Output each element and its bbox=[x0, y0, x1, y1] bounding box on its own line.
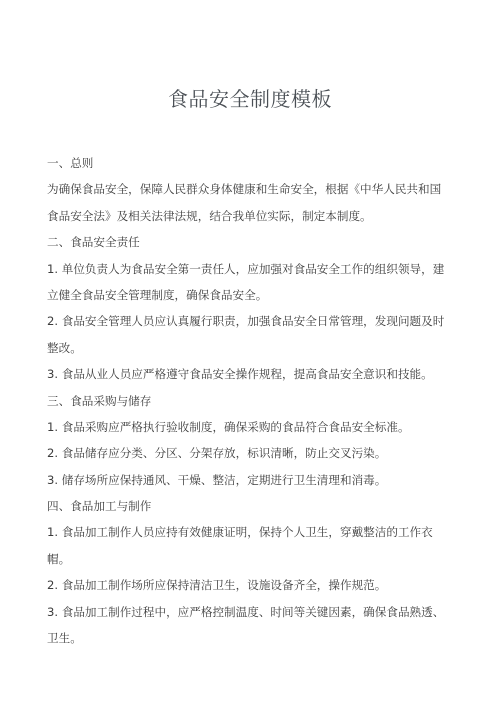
section-heading-procurement-storage: 三、食品采购与储存 bbox=[47, 388, 455, 414]
document-title: 食品安全制度模板 bbox=[0, 84, 500, 114]
paragraph-line: 食品安全法》及相关法律法规，结合我单位实际，制定本制度。 bbox=[47, 203, 455, 229]
paragraph-line: 1. 食品采购应严格执行验收制度，确保采购的食品符合食品安全标准。 bbox=[47, 414, 455, 440]
document-body: 一、总则 为确保食品安全，保障人民群众身体健康和生命安全，根据《中华人民共和国 … bbox=[47, 150, 455, 651]
paragraph-line: 3. 储存场所应保持通风、干燥、整洁，定期进行卫生清理和消毒。 bbox=[47, 467, 455, 493]
paragraph-line: 3. 食品加工制作过程中，应严格控制温度、时间等关键因素，确保食品熟透、 bbox=[47, 599, 455, 625]
paragraph-line: 1. 食品加工制作人员应持有效健康证明，保持个人卫生，穿戴整洁的工作衣 bbox=[47, 519, 455, 545]
paragraph-line: 整改。 bbox=[47, 335, 455, 361]
paragraph-line: 立健全食品安全管理制度，确保食品安全。 bbox=[47, 282, 455, 308]
paragraph-line: 2. 食品安全管理人员应认真履行职责，加强食品安全日常管理，发现问题及时 bbox=[47, 308, 455, 334]
section-heading-general: 一、总则 bbox=[47, 150, 455, 176]
paragraph-line: 3. 食品从业人员应严格遵守食品安全操作规程，提高食品安全意识和技能。 bbox=[47, 361, 455, 387]
section-heading-processing: 四、食品加工与制作 bbox=[47, 493, 455, 519]
paragraph-line: 2. 食品储存应分类、分区、分架存放，标识清晰，防止交叉污染。 bbox=[47, 440, 455, 466]
paragraph-line: 2. 食品加工制作场所应保持清洁卫生，设施设备齐全，操作规范。 bbox=[47, 572, 455, 598]
section-heading-responsibility: 二、食品安全责任 bbox=[47, 229, 455, 255]
paragraph-line: 1. 单位负责人为食品安全第一责任人，应加强对食品安全工作的组织领导，建 bbox=[47, 256, 455, 282]
paragraph-line: 为确保食品安全，保障人民群众身体健康和生命安全，根据《中华人民共和国 bbox=[47, 176, 455, 202]
document-page: 食品安全制度模板 一、总则 为确保食品安全，保障人民群众身体健康和生命安全，根据… bbox=[0, 0, 500, 707]
paragraph-line: 卫生。 bbox=[47, 625, 455, 651]
paragraph-line: 帽。 bbox=[47, 546, 455, 572]
